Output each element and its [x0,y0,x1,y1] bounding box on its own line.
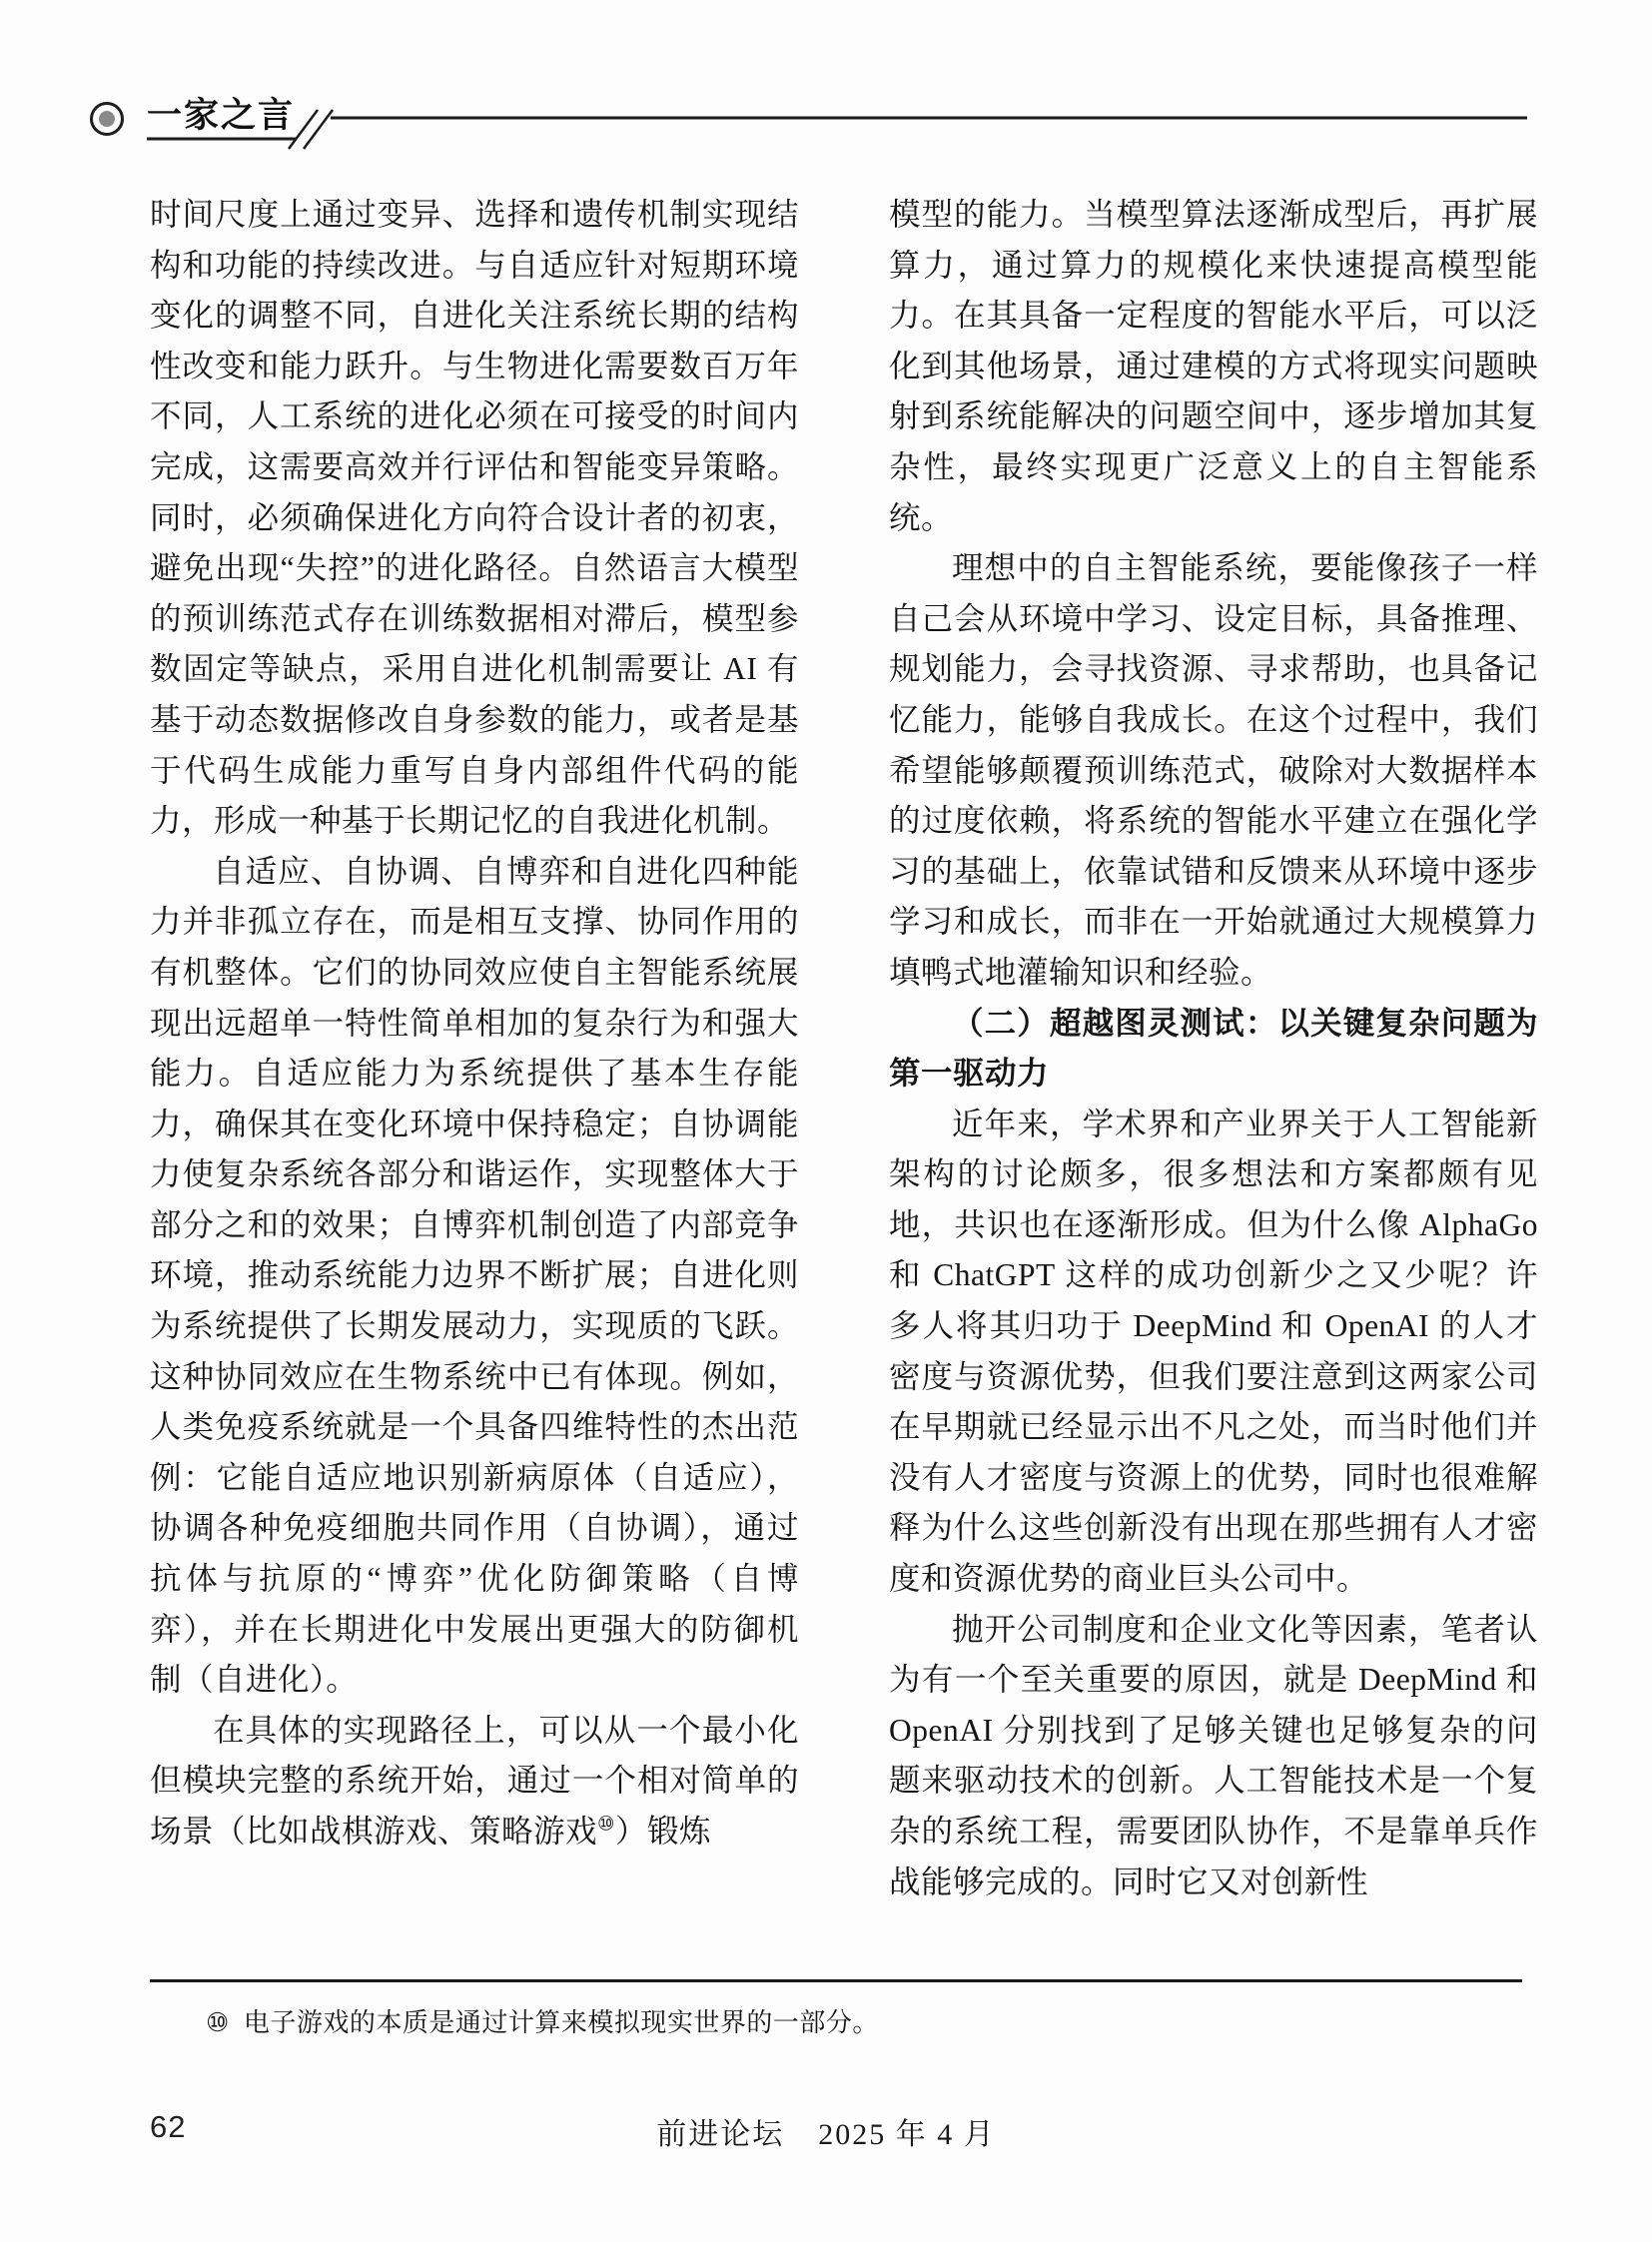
paragraph: 在具体的实现路径上，可以从一个最小化但模块完整的系统开始，通过一个相对简单的场景… [150,1706,799,1858]
paragraph: 抛开公司制度和企业文化等因素，笔者认为有一个至关重要的原因，就是 DeepMin… [889,1605,1538,1908]
journal-page: 一家之言 时间尺度上通过变异、选择和遗传机制实现结构和功能的持续改进。与自适应针… [0,0,1652,2242]
footnote-marker: ⑩ [206,2008,230,2037]
paragraph: 自适应、自协调、自博弈和自进化四种能力并非孤立存在，而是相互支撑、协同作用的有机… [150,847,799,1706]
right-column: 模型的能力。当模型算法逐渐成型后，再扩展算力，通过算力的规模化来快速提高模型能力… [889,190,1538,1907]
article-body: 时间尺度上通过变异、选择和遗传机制实现结构和功能的持续改进。与自适应针对短期环境… [150,190,1538,1907]
paragraph: 理想中的自主智能系统，要能像孩子一样自己会从环境中学习、设定目标，具备推理、规划… [889,543,1538,998]
left-column: 时间尺度上通过变异、选择和遗传机制实现结构和功能的持续改进。与自适应针对短期环境… [150,190,799,1907]
issue-date: 2025 年 4 月 [818,2118,996,2151]
paragraph: 模型的能力。当模型算法逐渐成型后，再扩展算力，通过算力的规模化来快速提高模型能力… [889,190,1538,543]
journal-name: 前进论坛 [656,2118,784,2151]
header-divider-line [0,0,1652,170]
paragraph: 时间尺度上通过变异、选择和遗传机制实现结构和功能的持续改进。与自适应针对短期环境… [150,190,799,847]
footnote-area: ⑩电子游戏的本质是通过计算来模拟现实世界的一部分。 [150,1979,1522,2042]
paragraph: 近年来，学术界和产业界关于人工智能新架构的讨论颇多，很多想法和方案都颇有见地，共… [889,1100,1538,1605]
footnote-reference-mark: ⑩ [597,1815,615,1836]
footnote-body: 电子游戏的本质是通过计算来模拟现实世界的一部分。 [244,2008,879,2037]
section-heading: （二）超越图灵测试：以关键复杂问题为第一驱动力 [889,999,1538,1100]
footnote-text: ⑩电子游戏的本质是通过计算来模拟现实世界的一部分。 [150,2004,1522,2042]
footer-journal-line: 前进论坛2025 年 4 月 [0,2109,1652,2153]
